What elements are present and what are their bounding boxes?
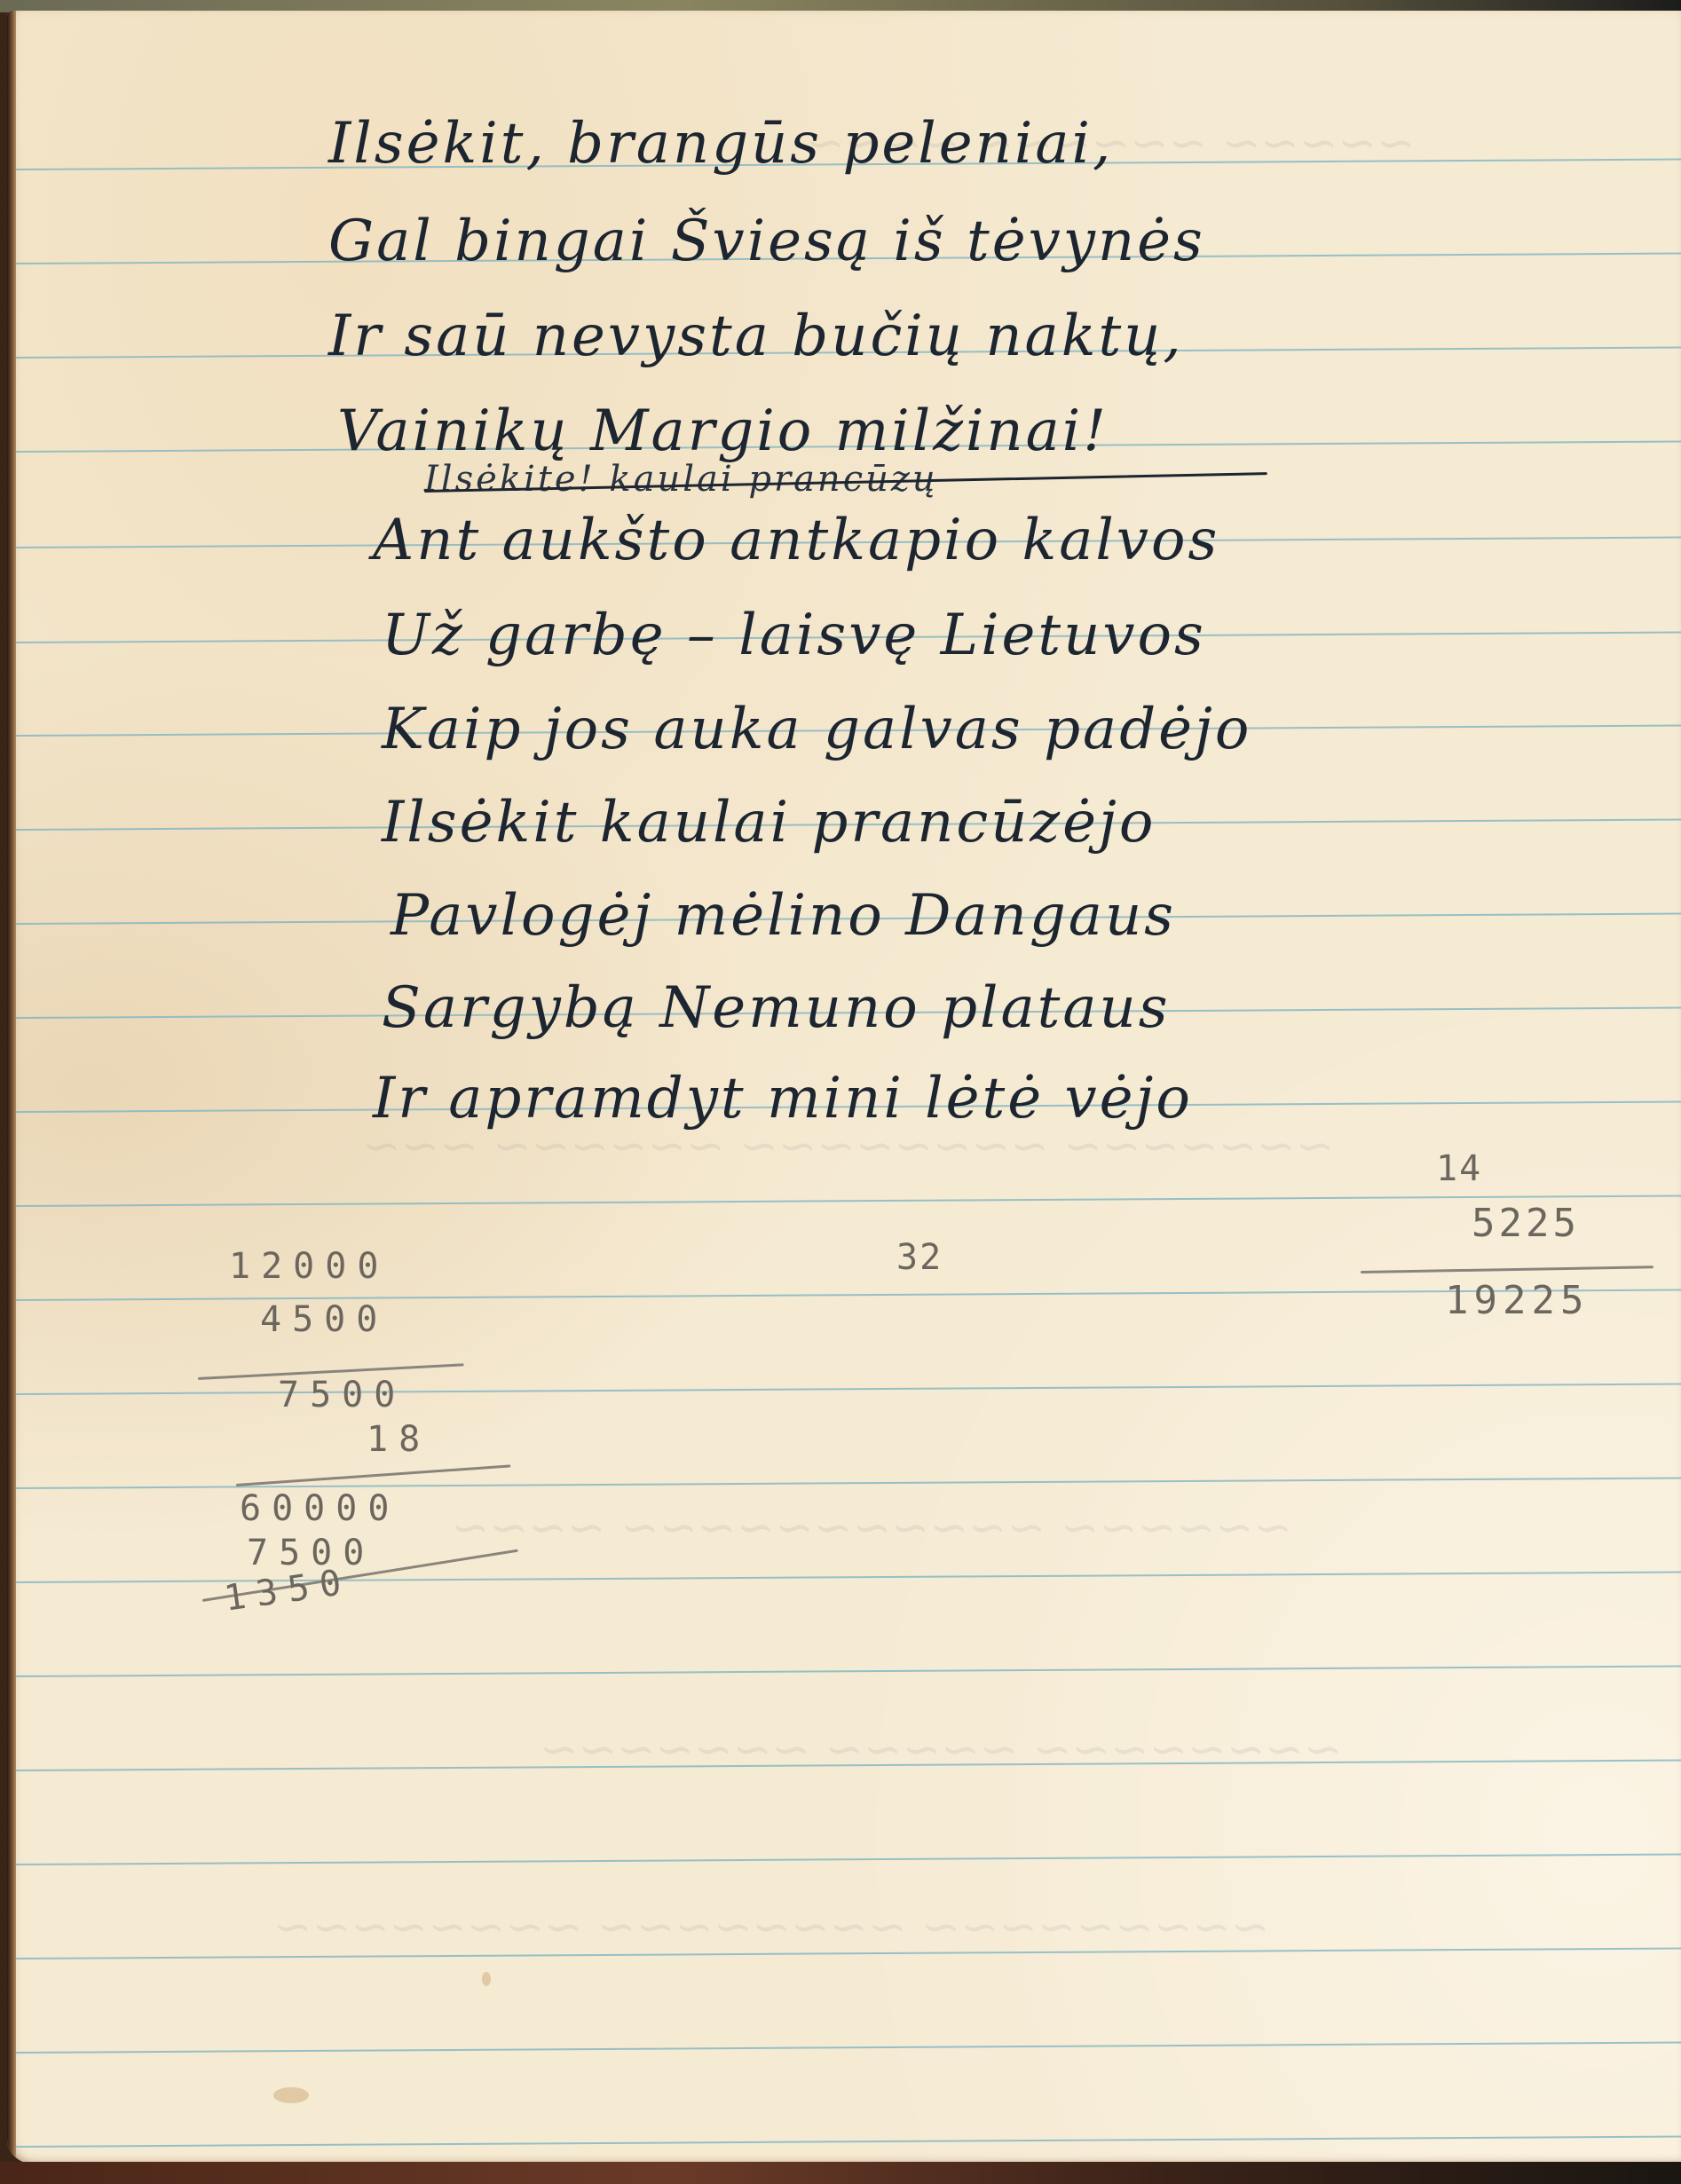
calc-right-row-1: 14 bbox=[1436, 1151, 1482, 1187]
calc-left-row-5: 60000 bbox=[240, 1491, 399, 1526]
calc-left-row-4: 18 bbox=[367, 1422, 430, 1457]
reverse-side-bleed-through: ~~~~~~ ~~~~~~~~~~~ ~~~~ bbox=[451, 1502, 1292, 1555]
poem-line-9: Pavlogėj mėlino Dangaus bbox=[391, 887, 1176, 944]
poem-line-5: Ant aukšto antkapio kalvos bbox=[373, 512, 1219, 569]
poem-line-7: Kaip jos auka galvas padėjo bbox=[382, 701, 1251, 758]
page-binding-edge bbox=[7, 11, 16, 2164]
ruled-line bbox=[16, 2042, 1681, 2054]
poem-line-3: Ir saū nevysta bučių naktų, bbox=[328, 308, 1184, 365]
poem-line-10: Sargybą Nemuno plataus bbox=[382, 980, 1171, 1037]
ruled-line bbox=[16, 1666, 1681, 1677]
page-number: 32 bbox=[896, 1240, 943, 1275]
calc-left-rule-2 bbox=[236, 1464, 510, 1486]
reverse-side-bleed-through: ~~~~~~~~~ ~~~~~~~~ ~~~~~~~~ bbox=[273, 1901, 1269, 1954]
notebook-page: ~~~~~ ~~~~~~ ~~~~ ~~~~~~~ ~~~~~~~~ ~~~~~… bbox=[7, 11, 1681, 2164]
calc-right-rule bbox=[1361, 1265, 1653, 1273]
paper-stain bbox=[273, 2087, 309, 2103]
reverse-side-bleed-through: ~~~~~~~~ ~~~~~ ~~~~~~~ bbox=[540, 1723, 1342, 1777]
poem-line-8: Ilsėkit kaulai prancūzėjo bbox=[382, 794, 1156, 851]
poem-line-2: Gal bingai Šviesą iš tėvynės bbox=[328, 213, 1205, 270]
poem-line-4: Vainikų Margio milžinai! bbox=[337, 403, 1109, 460]
poem-line-1: Ilsėkit, brangūs peleniai, bbox=[328, 115, 1113, 172]
ruled-line bbox=[16, 1195, 1681, 1207]
calc-left-row-2: 4500 bbox=[260, 1302, 388, 1337]
calc-right-row-3: 19225 bbox=[1445, 1281, 1589, 1321]
poem-line-6: Už garbę – laisvę Lietuvos bbox=[382, 607, 1206, 664]
paper-stain bbox=[482, 1972, 491, 1986]
calc-right-row-2: 5225 bbox=[1472, 1204, 1580, 1243]
calc-left-row-3: 7500 bbox=[278, 1377, 406, 1413]
calc-left-row-7: 1350 bbox=[222, 1564, 353, 1617]
poem-line-11: Ir apramdyt mini lėtė vėjo bbox=[373, 1070, 1193, 1127]
ruled-line bbox=[16, 1384, 1681, 1395]
struck-out-line: Ilsėkite! kaulai prancūzų bbox=[424, 461, 938, 497]
backdrop-bottom-edge bbox=[0, 2162, 1681, 2184]
ruled-line bbox=[16, 1854, 1681, 1865]
ruled-line bbox=[16, 2136, 1681, 2148]
calc-left-row-1: 12000 bbox=[229, 1249, 389, 1284]
